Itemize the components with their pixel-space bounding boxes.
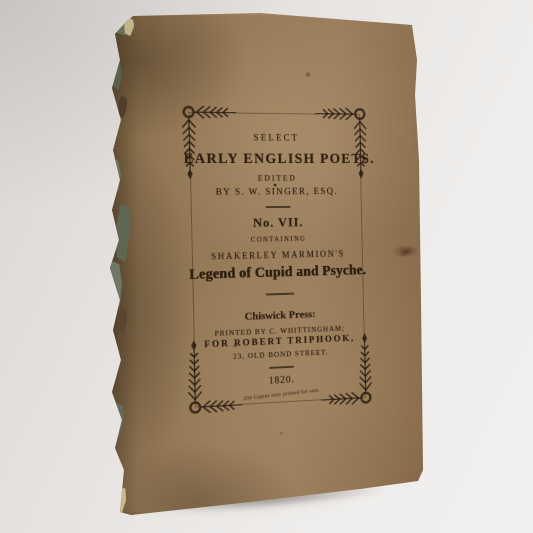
series-number: No. VII. bbox=[185, 214, 368, 232]
small-ornament bbox=[274, 184, 277, 187]
book-cover: SELECT EARLY ENGLISH POETS. EDITED BY S.… bbox=[100, 8, 430, 520]
worn-spine bbox=[106, 8, 138, 520]
title-page-label: SELECT EARLY ENGLISH POETS. EDITED BY S.… bbox=[182, 104, 371, 416]
editor-name: BY S. W. SINGER, ESQ. bbox=[184, 187, 367, 198]
stain-mark bbox=[396, 243, 417, 261]
series-select: SELECT bbox=[183, 132, 366, 143]
divider-rule bbox=[266, 206, 291, 208]
series-title: EARLY ENGLISH POETS. bbox=[184, 151, 367, 168]
photo-background: SELECT EARLY ENGLISH POETS. EDITED BY S.… bbox=[0, 0, 533, 533]
edited-label: EDITED bbox=[184, 174, 367, 183]
